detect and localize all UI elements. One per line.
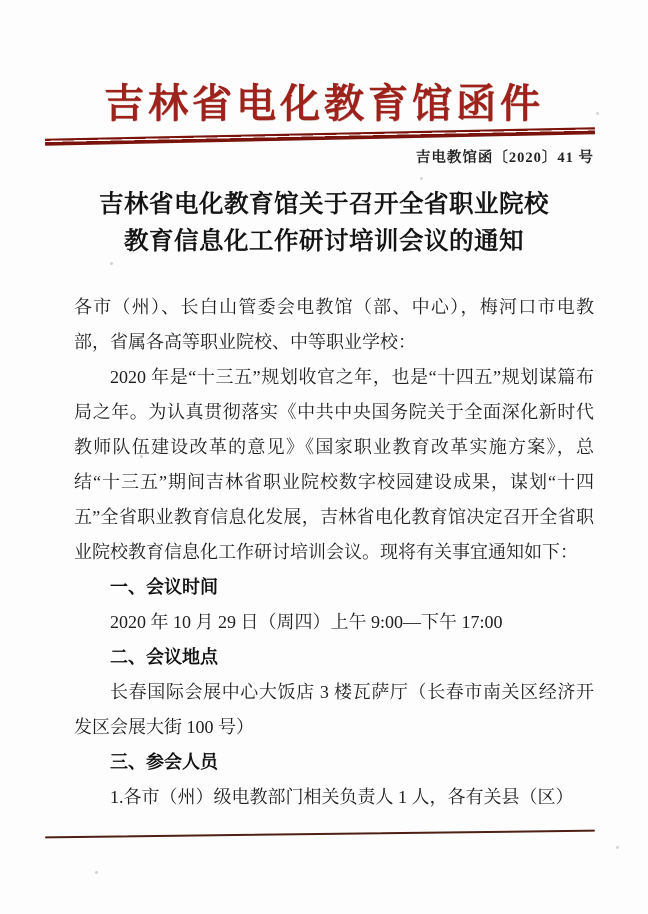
scan-speck xyxy=(616,846,619,849)
body-paragraph: 各市（州）、长白山管委会电教馆（部、中心），梅河口市电教部，省属各高等职业院校、… xyxy=(74,290,594,360)
document-body: 各市（州）、长白山管委会电教馆（部、中心），梅河口市电教部，省属各高等职业院校、… xyxy=(74,290,594,815)
scan-speck xyxy=(596,112,599,115)
scan-speck xyxy=(110,262,113,265)
letterhead-title: 吉林省电化教育馆函件 xyxy=(0,72,648,129)
section-heading: 一、会议时间 xyxy=(74,570,594,605)
section-heading: 三、参会人员 xyxy=(74,745,594,780)
scanned-official-letter-page: 吉林省电化教育馆函件 吉电教馆函〔2020〕41 号 吉林省电化教育馆关于召开全… xyxy=(0,0,648,914)
footer-divider-line xyxy=(45,830,595,839)
document-number: 吉电教馆函〔2020〕41 号 xyxy=(416,146,594,167)
scan-speck xyxy=(140,455,143,458)
scan-speck xyxy=(95,871,98,874)
body-paragraph: 长春国际会展中心大饭店 3 楼瓦萨厅（长春市南关区经济开发区会展大街 100 号… xyxy=(74,675,594,745)
document-title-line2: 教育信息化工作研讨培训会议的通知 xyxy=(0,223,648,260)
letterhead-divider-line xyxy=(45,127,595,146)
body-paragraph: 1.各市（州）级电教部门相关负责人 1 人，各有关县（区） xyxy=(74,780,594,815)
body-paragraph: 2020 年 10 月 29 日（周四）上午 9:00—下午 17:00 xyxy=(74,605,594,640)
body-paragraph: 2020 年是“十三五”规划收官之年，也是“十四五”规划谋篇布局之年。为认真贯彻… xyxy=(74,360,594,570)
scan-speck xyxy=(420,177,423,180)
section-heading: 二、会议地点 xyxy=(74,640,594,675)
document-title: 吉林省电化教育馆关于召开全省职业院校 教育信息化工作研讨培训会议的通知 xyxy=(0,186,648,260)
document-title-line1: 吉林省电化教育馆关于召开全省职业院校 xyxy=(0,186,648,223)
